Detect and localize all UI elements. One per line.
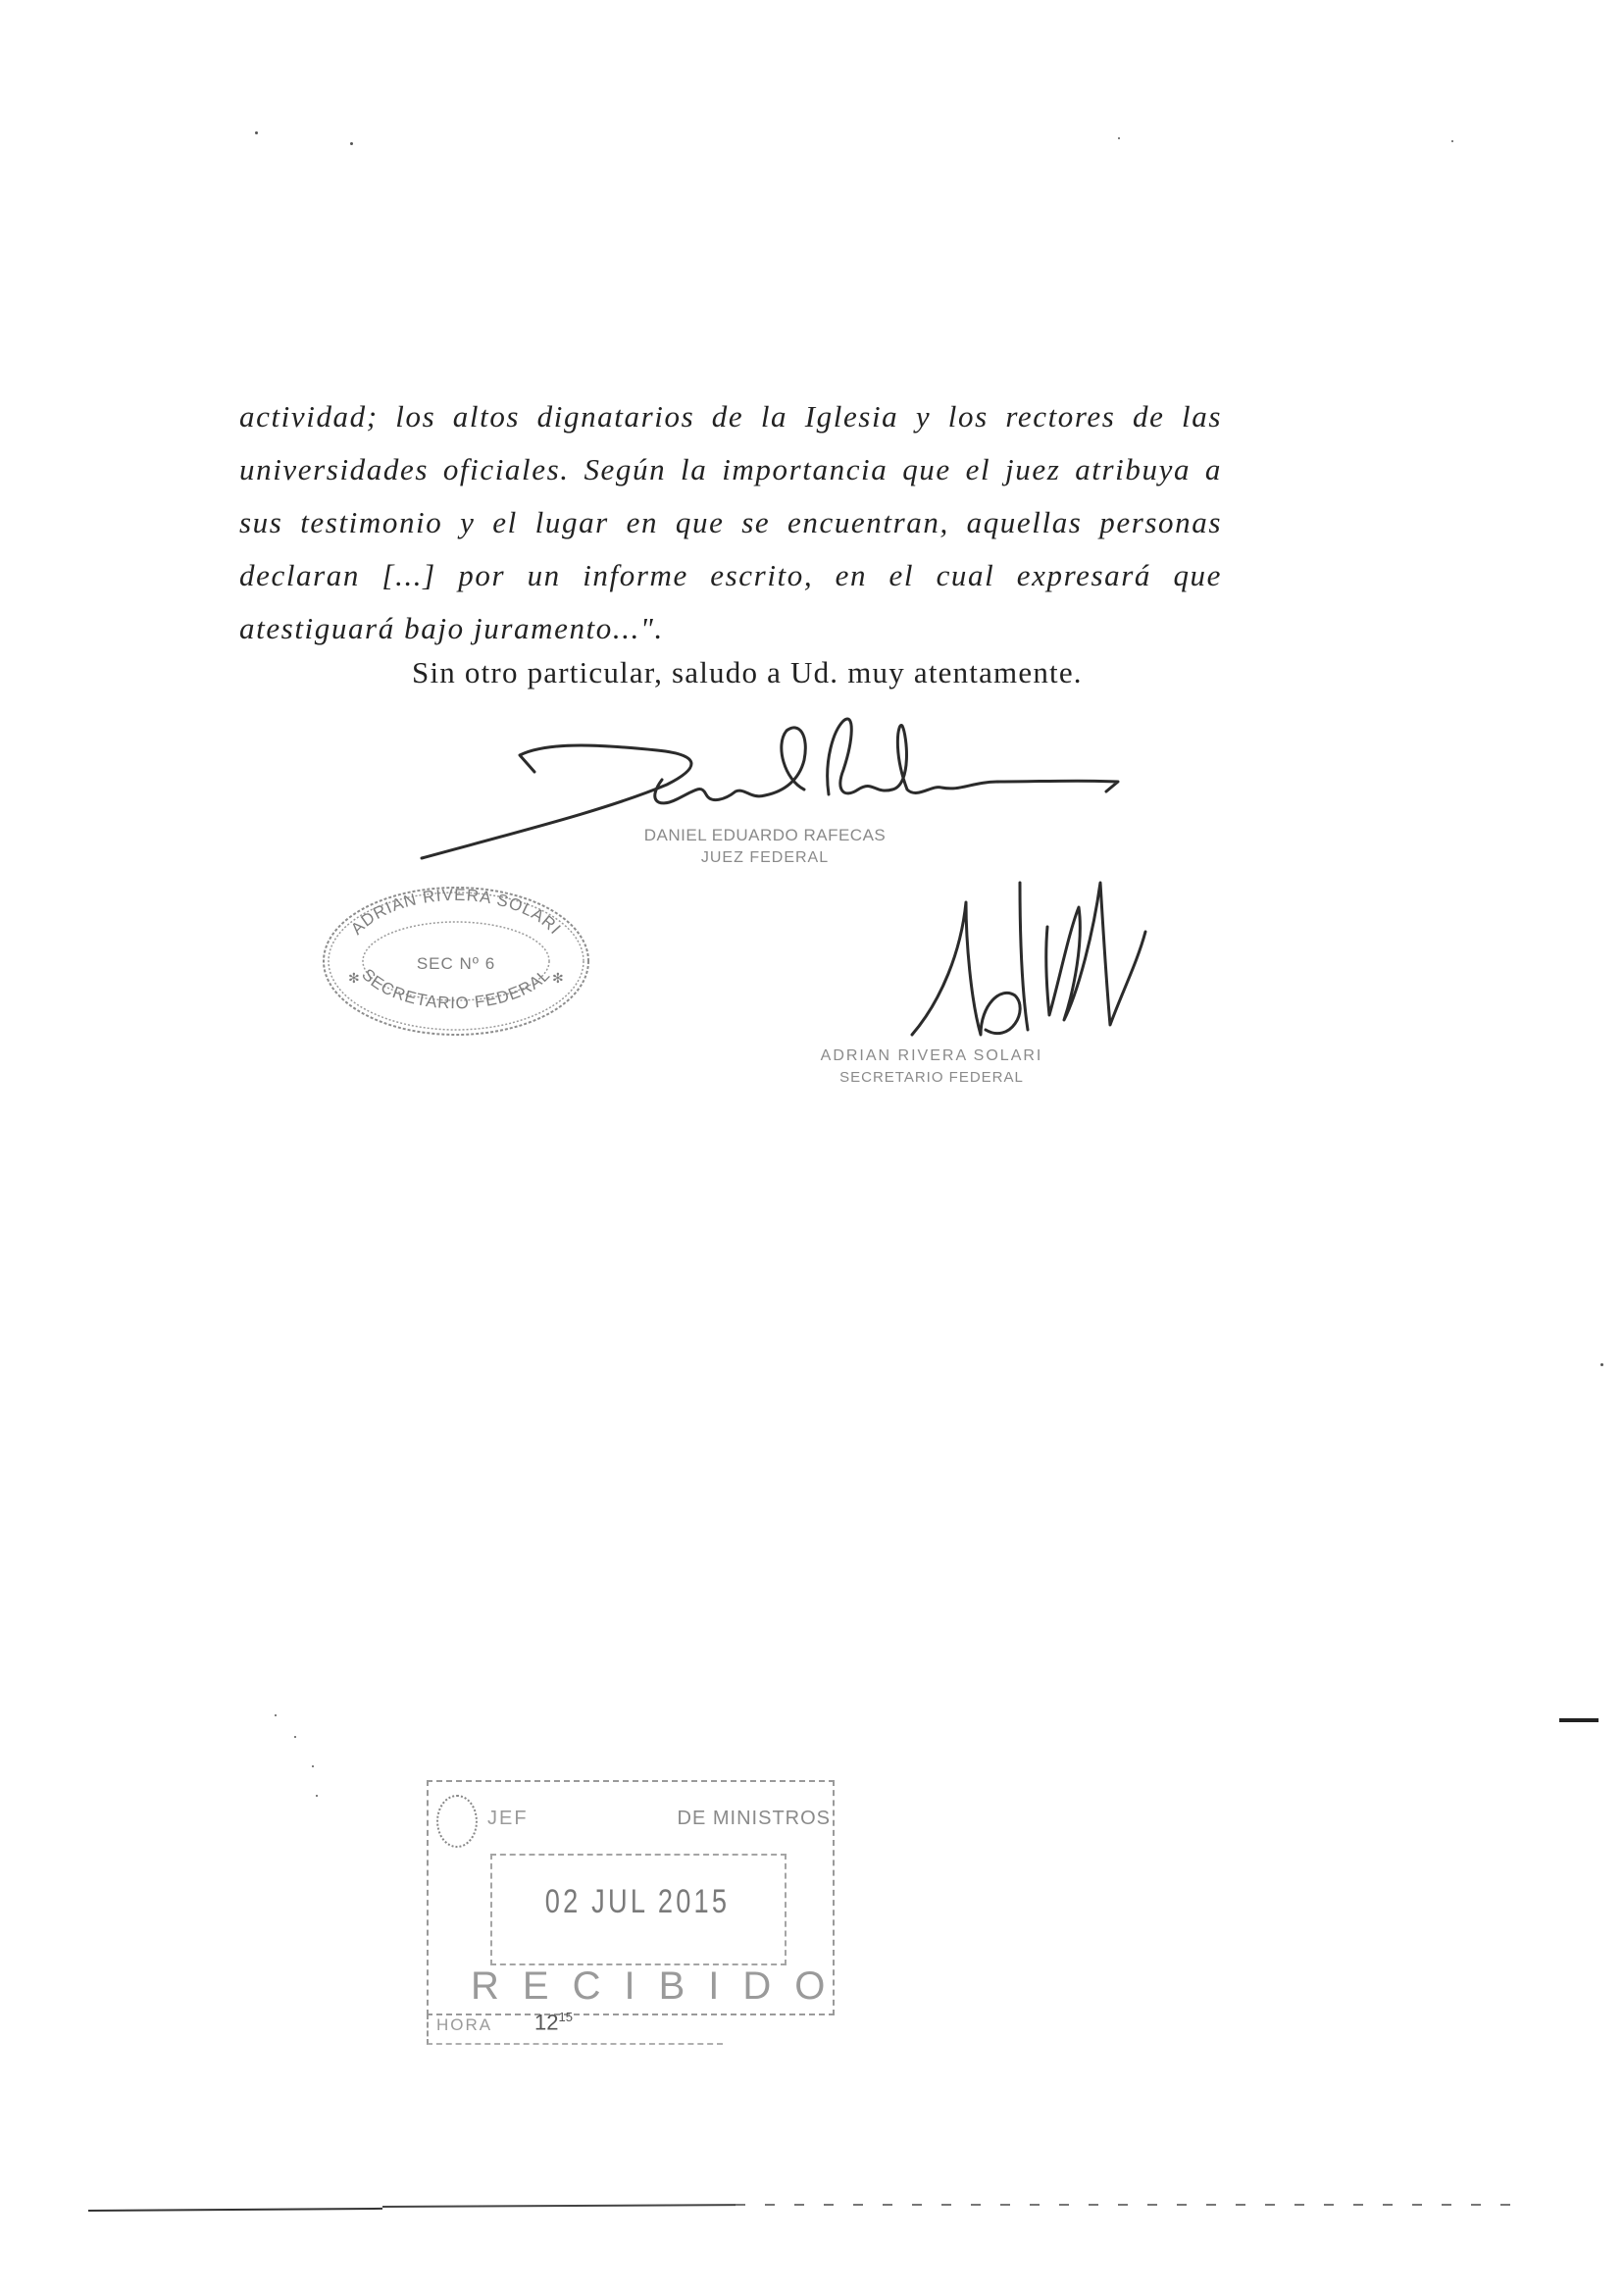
stamp-received-word: RECIBIDO [471,1964,824,2009]
judge-title: JUEZ FEDERAL [647,849,883,867]
secretary-name: ADRIAN RIVERA SOLARI [785,1047,1079,1065]
judge-name: DANIEL EDUARDO RAFECAS [588,826,941,845]
secretary-signature [883,873,1157,1059]
stamp-date: 02 JUL 2015 [539,1883,736,1921]
hora-value: 1215 [534,2010,573,2035]
scan-speck [294,1736,296,1738]
paragraph-line: universidades oficiales. Según la import… [239,443,1222,496]
scan-speck [350,142,353,145]
paragraph-line: sus testimonio y el lugar en que se encu… [239,496,1222,549]
scan-speck [275,1714,277,1716]
paragraph-line: declaran [...] por un informe escrito, e… [239,549,1222,602]
bottom-rule [736,2204,1520,2206]
scan-speck [316,1795,318,1797]
hora-minutes: 15 [558,2010,572,2024]
secretary-seal: ADRIAN RIVERA SOLARI SECRETARIO FEDERAL … [319,883,593,1040]
margin-mark [1559,1718,1599,1722]
scan-speck [1118,137,1120,139]
hora-label: HORA [436,2015,492,2035]
bottom-rule [382,2204,736,2208]
seal-center-text: SEC Nº 6 [417,954,495,973]
quoted-paragraph: actividad; los altos dignatarios de la I… [239,390,1222,655]
paragraph-line: actividad; los altos dignatarios de la I… [239,390,1222,443]
stamp-hora-row: HORA 1215 [427,2014,723,2045]
bottom-rule [88,2208,382,2212]
received-stamp: JEF DE MINISTROS 02 JUL 2015 RECIBIDO HO… [427,1780,838,2035]
seal-star-icon: ✻ [348,970,361,986]
signature-scribble-icon [883,873,1157,1059]
scan-speck [1451,140,1453,142]
coat-of-arms-icon [436,1795,478,1848]
secretary-title: SECRETARIO FEDERAL [804,1069,1059,1086]
seal-top-text: ADRIAN RIVERA SOLARI [347,886,565,939]
scan-speck [1600,1363,1603,1366]
stamp-header-left: JEF [487,1808,529,1830]
scan-speck [255,131,258,134]
scan-speck [312,1765,314,1767]
stamp-header-right: DE MINISTROS [678,1808,831,1830]
seal-star-icon: ✻ [552,970,565,986]
closing-salutation: Sin otro particular, saludo a Ud. muy at… [412,655,1083,690]
hora-hours: 12 [534,2010,558,2034]
paragraph-line: atestiguará bajo juramento...". [239,602,1222,655]
